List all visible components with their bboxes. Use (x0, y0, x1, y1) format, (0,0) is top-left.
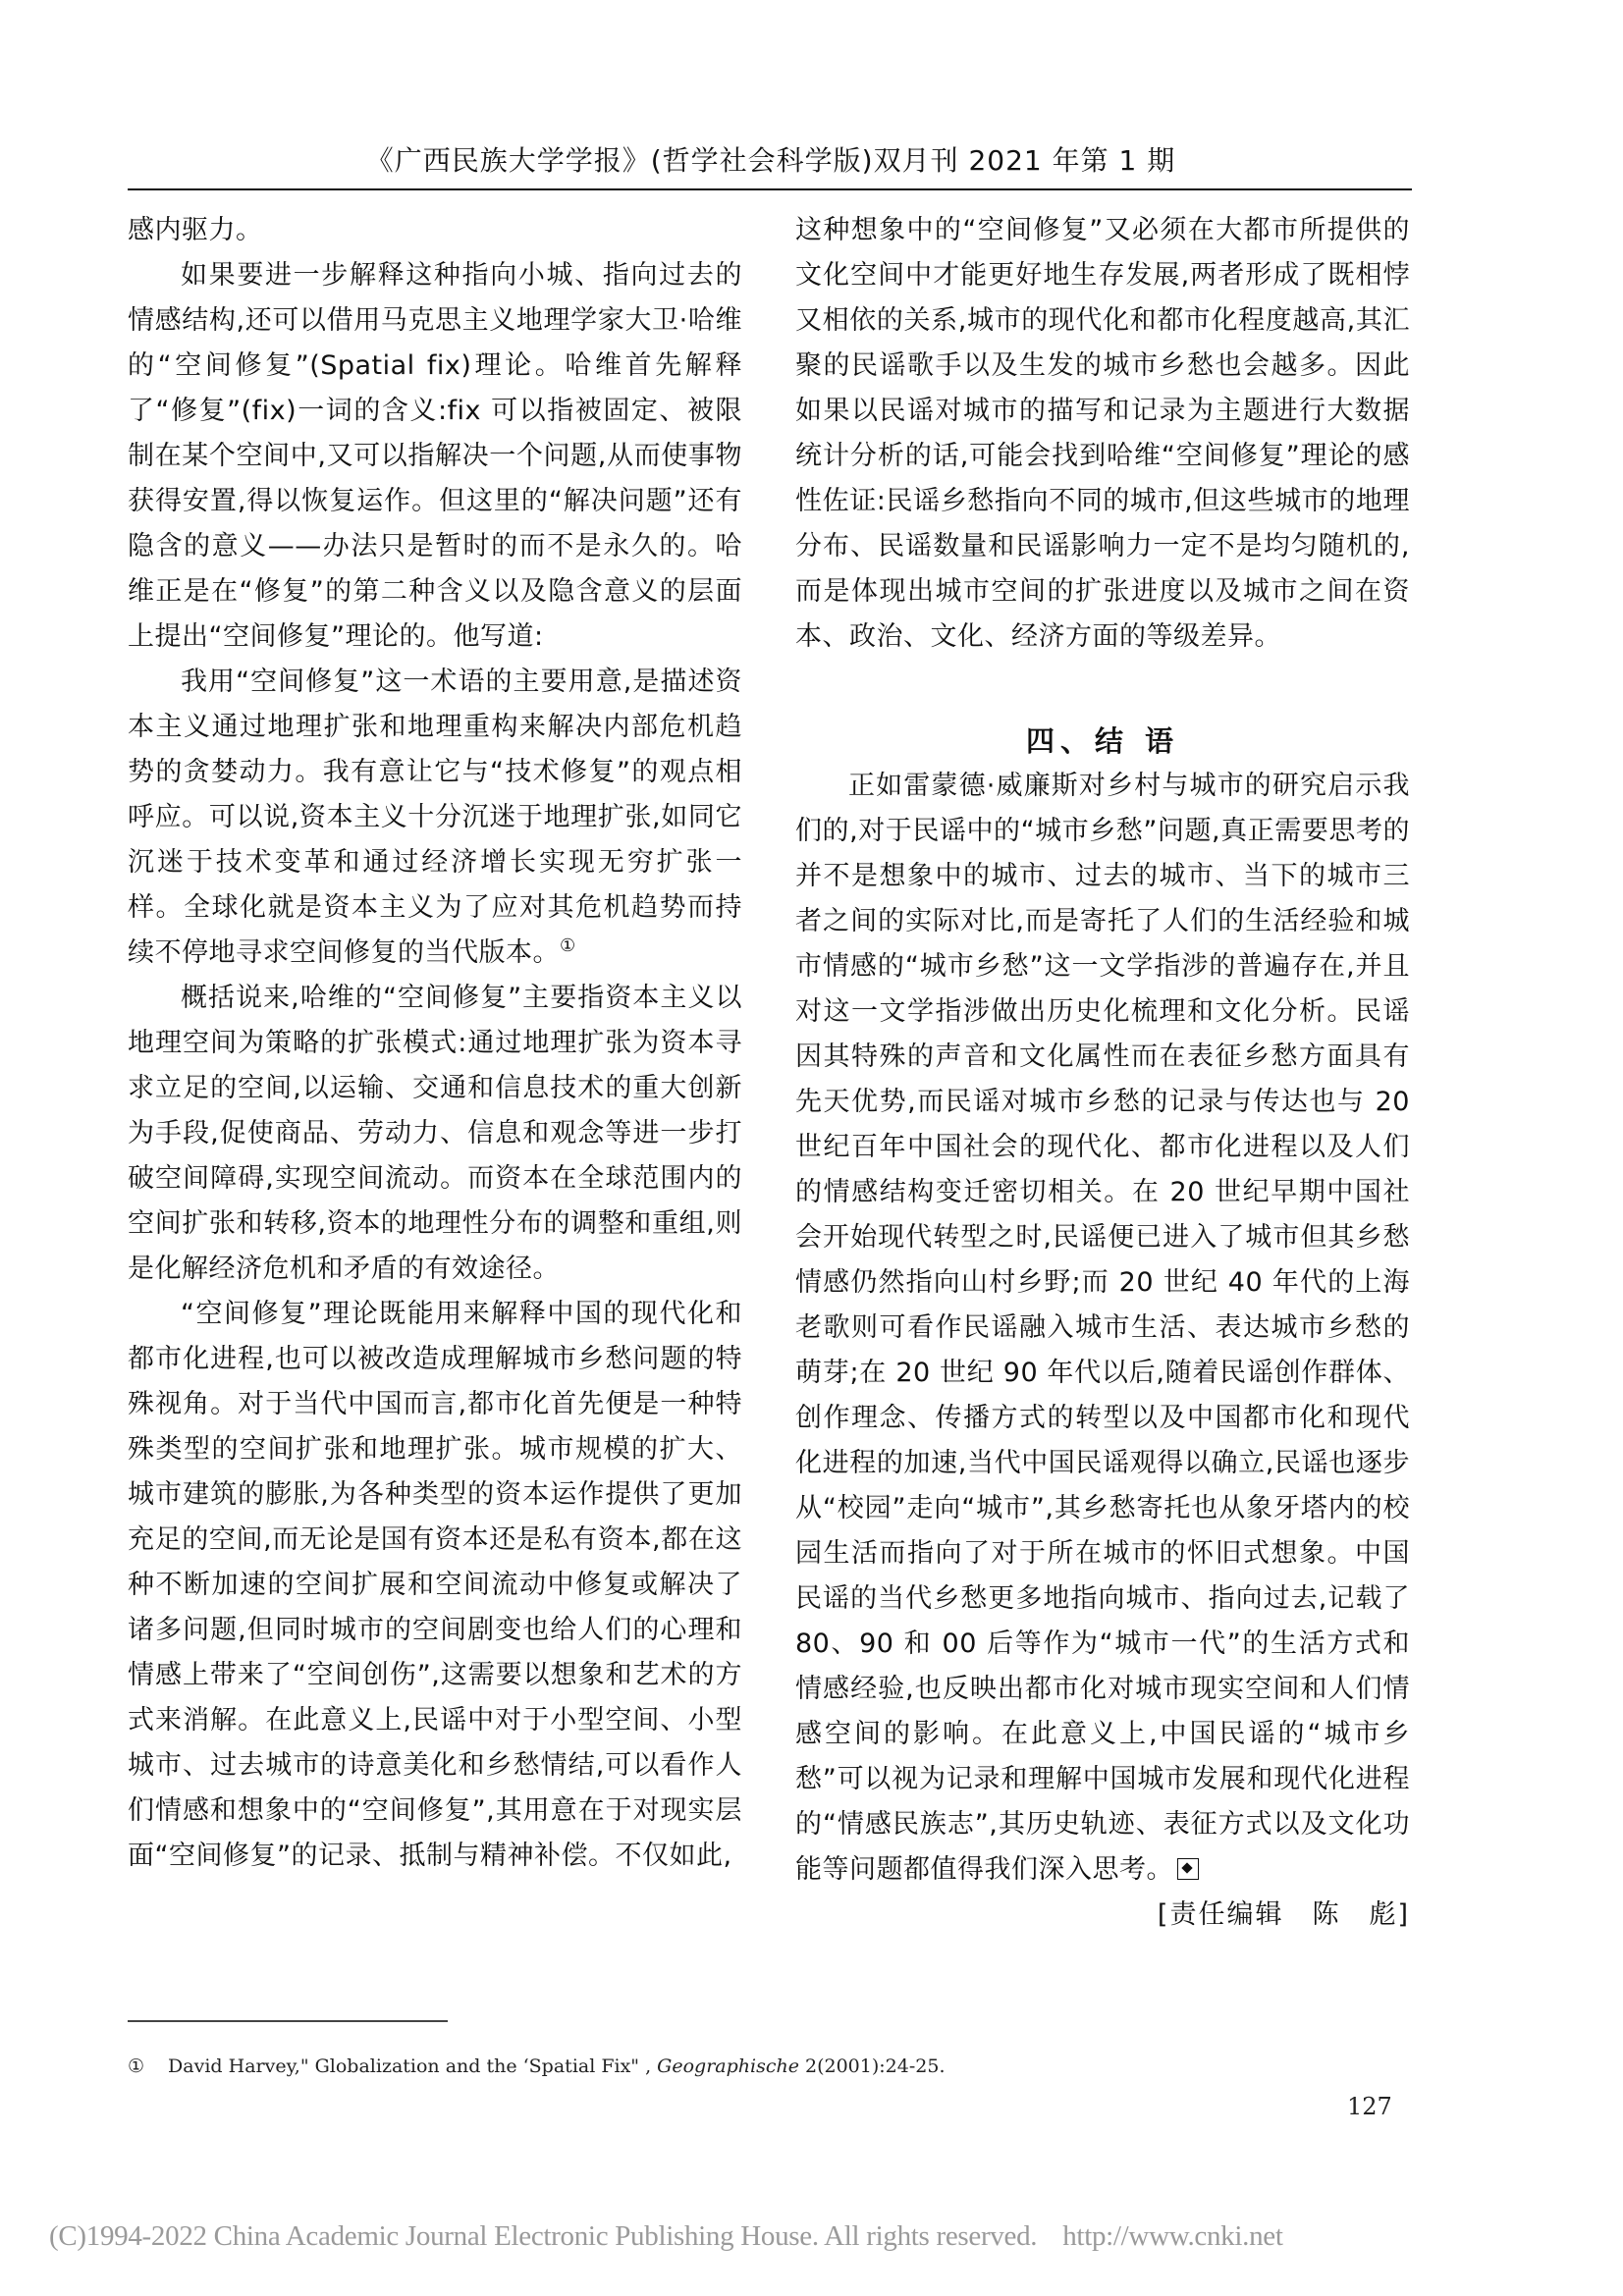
footnote-reference[interactable]: ① (560, 935, 576, 956)
paragraph: “空间修复”理论既能用来解释中国的现代化和都市化进程,也可以被改造成理解城市乡愁… (128, 1292, 742, 1879)
footnote-text-b: 2(2001):24-25. (799, 2056, 946, 2077)
header-divider (128, 188, 1412, 190)
page-number: 127 (1347, 2093, 1392, 2120)
copyright-watermark: (C)1994-2022 China Academic Journal Elec… (49, 2220, 1283, 2253)
paragraph: 概括说来,哈维的“空间修复”主要指资本主义以地理空间为策略的扩张模式:通过地理扩… (128, 976, 742, 1292)
copyright-text: (C)1994-2022 China Academic Journal Elec… (49, 2220, 1037, 2252)
footnote-journal: Geographische (657, 2056, 799, 2077)
footnote-text-a: David Harvey," Globalization and the ‘Sp… (168, 2056, 657, 2077)
end-of-article-icon (1177, 1858, 1199, 1880)
footnote-number: ① (128, 2056, 144, 2077)
footnote-divider (128, 2020, 448, 2022)
copyright-url[interactable]: http://www.cnki.net (1062, 2220, 1282, 2252)
paragraph: 感内驱力。 (128, 208, 742, 253)
paragraph: 这种想象中的“空间修复”又必须在大都市所提供的文化空间中才能更好地生存发展,两者… (795, 208, 1410, 660)
block-quote: 我用“空间修复”这一术语的主要用意,是描述资本主义通过地理扩张和地理重构来解决内… (128, 660, 742, 976)
right-column: 这种想象中的“空间修复”又必须在大都市所提供的文化空间中才能更好地生存发展,两者… (795, 208, 1410, 1938)
footnote: ①David Harvey," Globalization and the ‘S… (128, 2056, 946, 2077)
section-heading: 四、结 语 (795, 719, 1410, 764)
paragraph: 如果要进一步解释这种指向小城、指向过去的情感结构,还可以借用马克思主义地理学家大… (128, 253, 742, 660)
paragraph: 正如雷蒙德·威廉斯对乡村与城市的研究启示我们的,对于民谣中的“城市乡愁”问题,真… (795, 764, 1410, 1893)
conclusion-text: 正如雷蒙德·威廉斯对乡村与城市的研究启示我们的,对于民谣中的“城市乡愁”问题,真… (795, 771, 1410, 1885)
quote-text: 我用“空间修复”这一术语的主要用意,是描述资本主义通过地理扩张和地理重构来解决内… (128, 667, 742, 968)
left-column: 感内驱力。 如果要进一步解释这种指向小城、指向过去的情感结构,还可以借用马克思主… (128, 208, 742, 1879)
editor-credit: [责任编辑 陈 彪] (1105, 1893, 1410, 1938)
running-header: 《广西民族大学学报》(哲学社会科学版)双月刊 2021 年第 1 期 (128, 139, 1414, 179)
